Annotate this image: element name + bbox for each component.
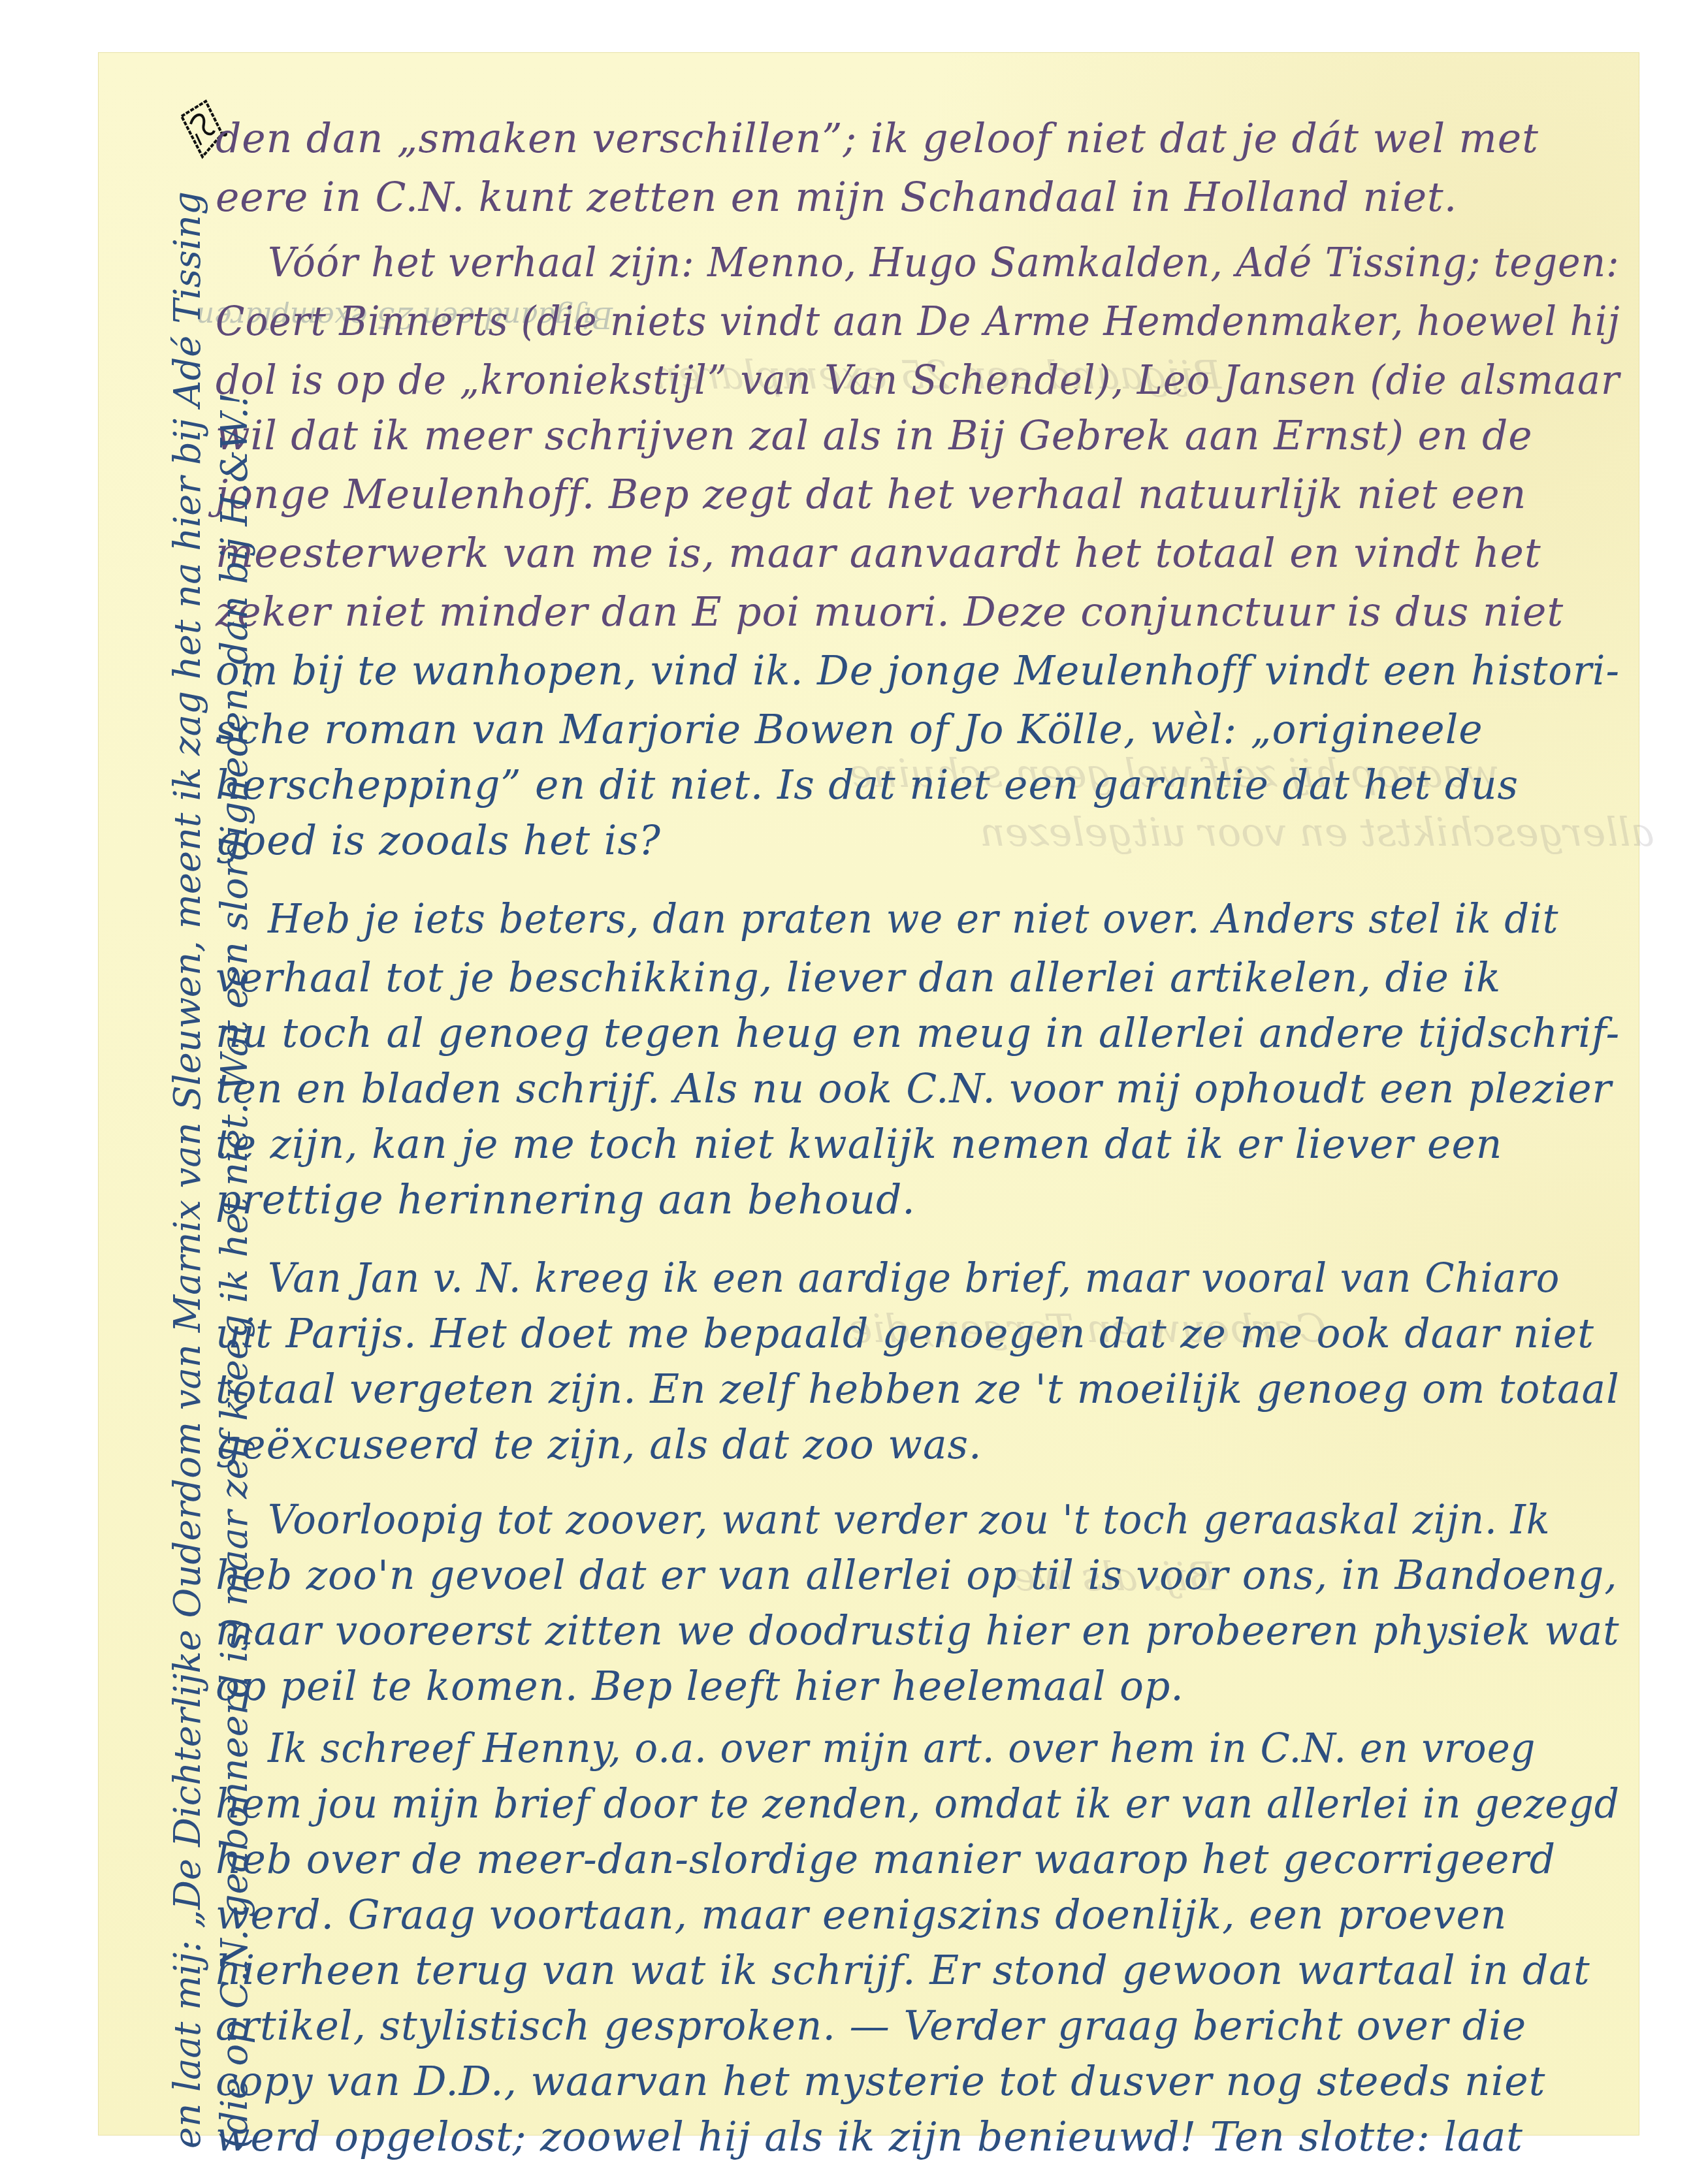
margin-note: en laat mij: „De Dichterlijke Ouderdom v… (167, 191, 261, 2149)
margin-note-line: (die op C.N. geabonneerd is) maar zelf k… (214, 191, 261, 2149)
margin-note-line: en laat mij: „De Dichterlijke Ouderdom v… (167, 191, 214, 2149)
bleed-through-text: allergeschiktst en voor uitgelezen (980, 810, 1654, 856)
